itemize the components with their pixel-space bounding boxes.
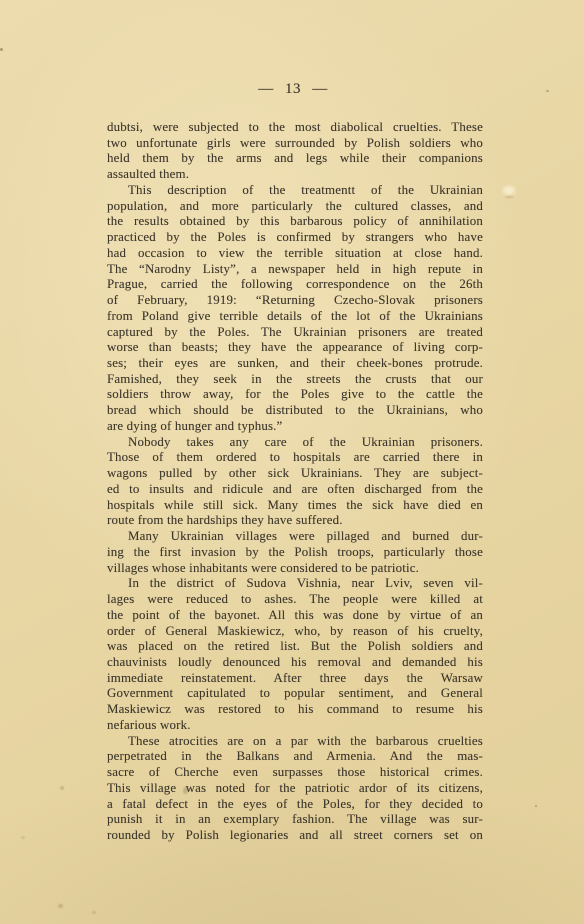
text-line: bread which should be distributed to the… <box>107 403 483 419</box>
text-line: ed to insults and ridicule and are often… <box>107 482 483 498</box>
text-line: ses; their eyes are sunken, and their ch… <box>107 356 483 372</box>
text-line: soldiers throw away, for the Poles give … <box>107 387 483 403</box>
text-line: punish it in an exemplary fashion. The v… <box>107 812 483 828</box>
text-line: are dying of hunger and typhus.” <box>107 419 483 435</box>
text-line: lages were reduced to ashes. The people … <box>107 592 483 608</box>
text-line: held them by the arms and legs while the… <box>107 151 483 167</box>
text-line: Famished, they seek in the streets the c… <box>107 372 483 388</box>
scan-speck <box>60 786 64 790</box>
text-line: wagons pulled by other sick Ukrainians. … <box>107 466 483 482</box>
text-line: captured by the Poles. The Ukrainian pri… <box>107 325 483 341</box>
scan-speck <box>58 904 63 908</box>
text-line: the point of the bayonet. All this was d… <box>107 608 483 624</box>
text-line: This village was noted for the patriotic… <box>107 781 483 797</box>
text-line: perpetrated in the Balkans and Armenia. … <box>107 749 483 765</box>
text-line: Prague, carried the following correspond… <box>107 277 483 293</box>
text-line: sacre of Cherche even surpasses those hi… <box>107 765 483 781</box>
text-line: order of General Maskiewicz, who, by rea… <box>107 624 483 640</box>
paper-blemish <box>505 196 514 198</box>
text-line: was placed on the retired list. But the … <box>107 639 483 655</box>
text-line: The “Narodny Listy”, a newspaper held in… <box>107 262 483 278</box>
text-line: nefarious work. <box>107 718 483 734</box>
text-line: In the district of Sudova Vishnia, near … <box>107 576 483 592</box>
text-line: had occasion to view the terrible situat… <box>107 246 483 262</box>
text-line: rounded by Polish legionaries and all st… <box>107 828 483 844</box>
scan-speck <box>546 90 549 92</box>
scan-speck <box>0 48 3 51</box>
text-line: practiced by the Poles is confirmed by s… <box>107 230 483 246</box>
text-line: chauvinists loudly denounced his removal… <box>107 655 483 671</box>
paper-blemish <box>503 186 515 195</box>
text-line: assaulted them. <box>107 167 483 183</box>
text-line: hospitals while still sick. Many times t… <box>107 498 483 514</box>
text-line: Maskiewicz was restored to his command t… <box>107 702 483 718</box>
text-line: Many Ukrainian villages were pillaged an… <box>107 529 483 545</box>
text-line: route from the hardships they have suffe… <box>107 513 483 529</box>
text-line: These atrocities are on a par with the b… <box>107 734 483 750</box>
text-line: two unfortunate girls were surrounded by… <box>107 136 483 152</box>
text-line: Nobody takes any care of the Ukrainian p… <box>107 435 483 451</box>
text-line: This description of the treatmentt of th… <box>107 183 483 199</box>
text-line: of February, 1919: “Returning Czecho-Slo… <box>107 293 483 309</box>
text-line: a fatal defect in the eyes of the Poles,… <box>107 797 483 813</box>
text-line: Government capitulated to popular sentim… <box>107 686 483 702</box>
text-line: villages whose inhabitants were consider… <box>107 561 483 577</box>
scan-speck <box>535 805 537 807</box>
text-line: the results obtained by this barbarous p… <box>107 214 483 230</box>
text-line: immediate reinstatement. After three day… <box>107 671 483 687</box>
text-line: ing the first invasion by the Polish tro… <box>107 545 483 561</box>
text-line: Those of them ordered to hospitals are c… <box>107 450 483 466</box>
text-line: from Poland give terrible details of the… <box>107 309 483 325</box>
scan-speck <box>92 911 96 914</box>
book-page: — 13 — dubtsi, were subjected to the mos… <box>0 0 584 924</box>
text-line: dubtsi, were subjected to the most diabo… <box>107 120 483 136</box>
text-line: worse than beasts; they have the appeara… <box>107 340 483 356</box>
page-text: dubtsi, were subjected to the most diabo… <box>107 120 483 844</box>
page-number-header: — 13 — <box>104 81 482 98</box>
scan-speck <box>21 836 25 839</box>
text-line: population, and more particularly the cu… <box>107 199 483 215</box>
